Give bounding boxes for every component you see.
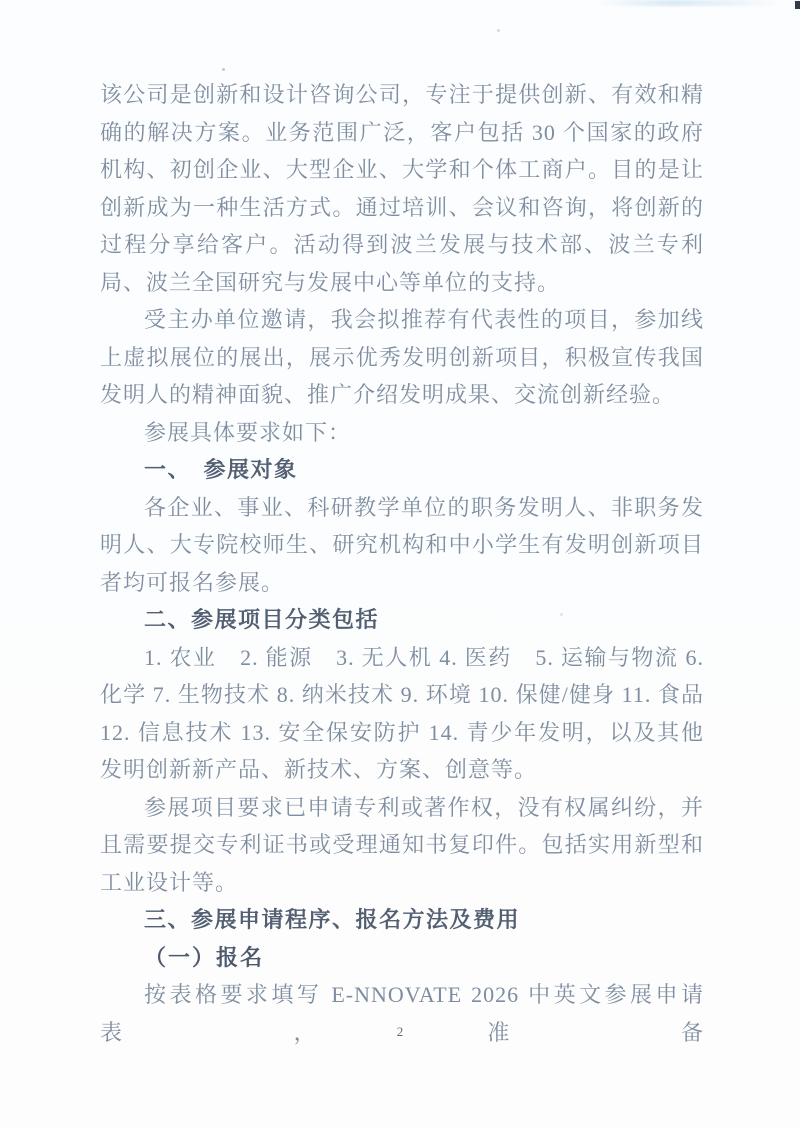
paragraph-company-intro: 该公司是创新和设计咨询公司，专注于提供创新、有效和精确的解决方案。业务范围广泛，… <box>100 76 704 301</box>
scan-artifact-speck <box>222 68 225 71</box>
document-body: 该公司是创新和设计咨询公司，专注于提供创新、有效和精确的解决方案。业务范围广泛，… <box>100 76 704 1051</box>
paragraph-invitation: 受主办单位邀请，我会拟推荐有代表性的项目，参加线上虚拟展位的展出，展示优秀发明创… <box>100 301 704 414</box>
heading-section-1-exhibitor-targets: 一、 参展对象 <box>100 451 704 489</box>
page-number: 2 <box>397 1024 404 1039</box>
heading-section-3-application-procedure: 三、参展申请程序、报名方法及费用 <box>100 901 704 939</box>
page-footer: 2 <box>0 1024 800 1040</box>
heading-section-2-project-categories: 二、参展项目分类包括 <box>100 601 704 639</box>
heading-subsection-1-registration: （一）报名 <box>100 939 704 977</box>
paragraph-eligible-exhibitors: 各企业、事业、科研教学单位的职务发明人、非职务发明人、大专院校师生、研究机构和中… <box>100 489 704 602</box>
paragraph-requirements-lead: 参展具体要求如下： <box>100 414 704 452</box>
scan-artifact-speck <box>497 29 500 32</box>
scanned-document-page: 该公司是创新和设计咨询公司，专注于提供创新、有效和精确的解决方案。业务范围广泛，… <box>0 0 800 1129</box>
scan-artifact-corner <box>795 1 800 9</box>
paragraph-patent-requirements: 参展项目要求已申请专利或著作权，没有权属纠纷，并且需要提交专利证书或受理通知书复… <box>100 789 704 902</box>
paragraph-category-list: 1. 农业 2. 能源 3. 无人机 4. 医药 5. 运输与物流 6. 化学 … <box>100 639 704 789</box>
scan-artifact-streak <box>598 0 783 6</box>
